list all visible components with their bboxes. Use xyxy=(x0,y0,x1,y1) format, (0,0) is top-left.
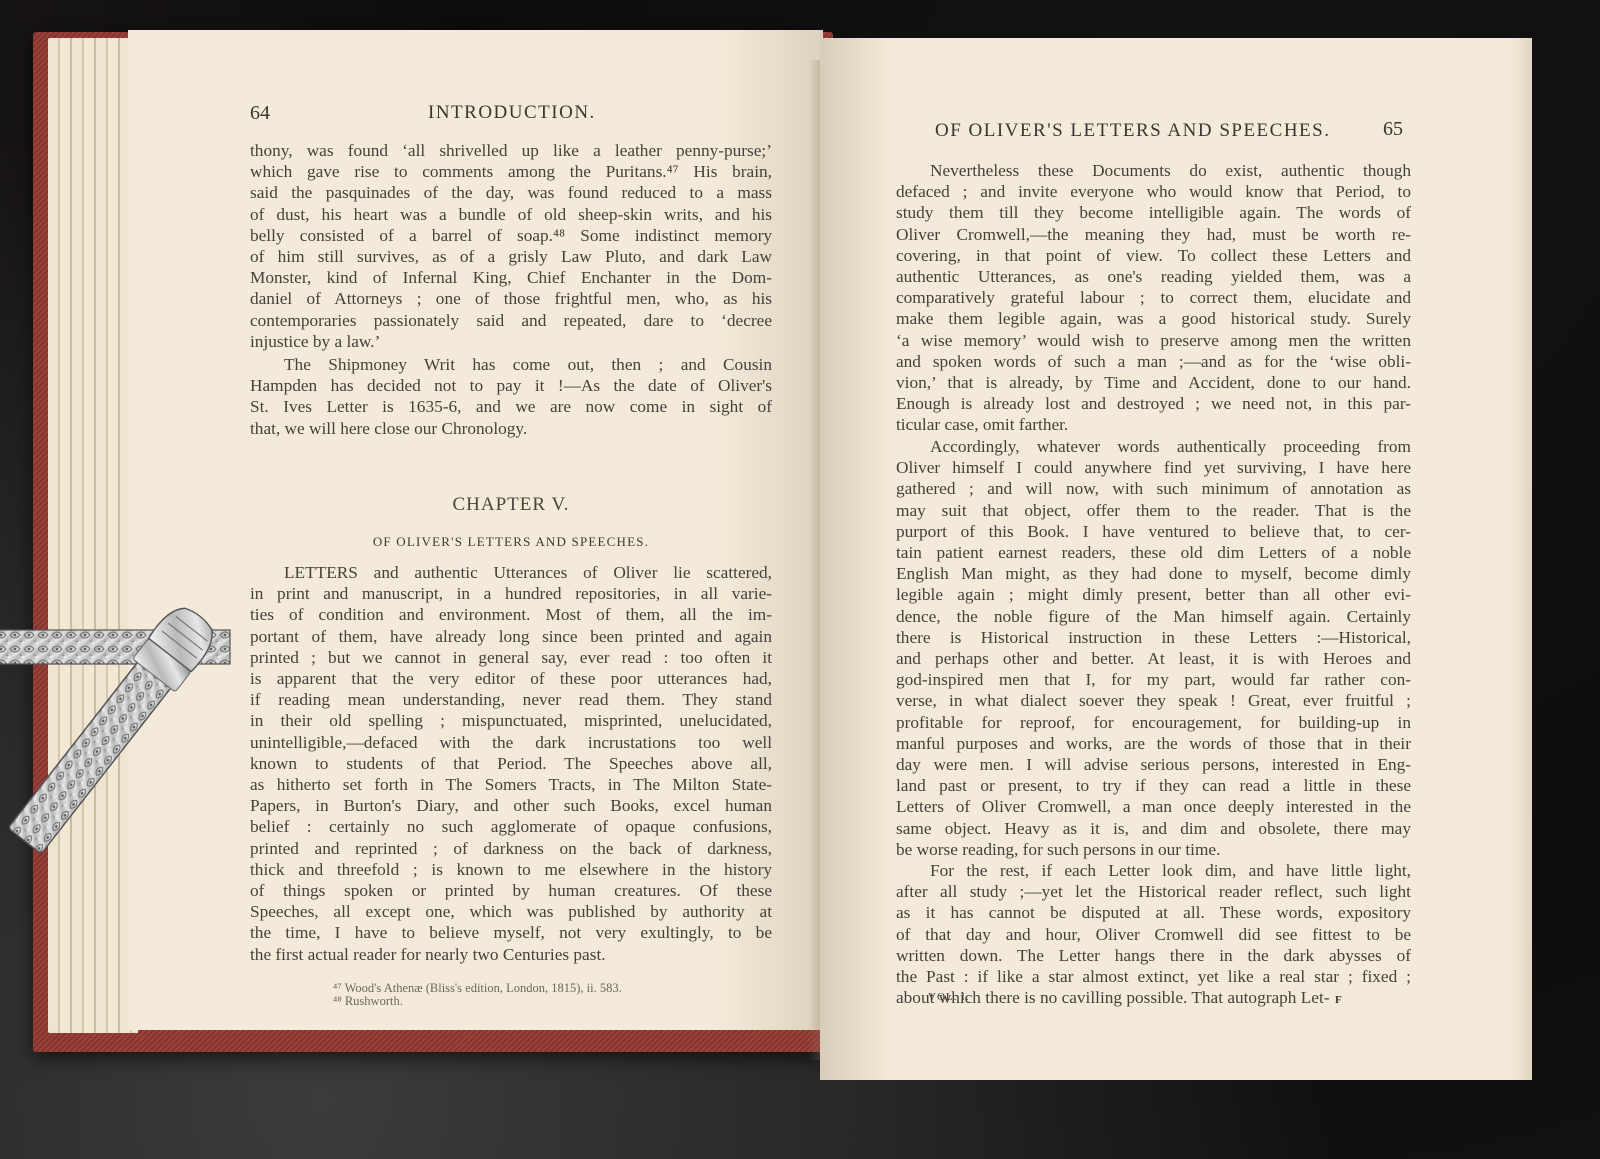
text-line: ticular case, omit farther. xyxy=(896,414,1411,435)
silver-hand-bookmark-clip[interactable] xyxy=(0,600,270,860)
text-line: as hitherto set forth in The Somers Trac… xyxy=(250,774,772,795)
text-line: thick and threefold ; is known to me els… xyxy=(250,859,772,880)
text-line: covering, in that point of view. To coll… xyxy=(896,245,1411,266)
text-line: the first actual reader for nearly two C… xyxy=(250,944,772,965)
text-line: be worse reading, for such persons in ou… xyxy=(896,839,1411,860)
paragraph: For the rest, if each Letter look dim, a… xyxy=(896,860,1411,1008)
text-line: comparatively grateful labour ; to corre… xyxy=(896,287,1411,308)
right-page: OF OLIVER'S LETTERS AND SPEECHES. 65 Nev… xyxy=(820,38,1532,1080)
text-line: contemporaries passionately said and rep… xyxy=(250,310,772,331)
text-line: gathered ; and will now, with such minim… xyxy=(896,478,1411,499)
text-line: legible again ; might dimly present, bet… xyxy=(896,584,1411,605)
text-line: LETTERS and authentic Utterances of Oliv… xyxy=(250,562,772,583)
text-line: daniel of Attorneys ; one of those frigh… xyxy=(250,288,772,309)
text-line: god-inspired men that I, for my part, wo… xyxy=(896,669,1411,690)
text-line: in their old spelling ; mispunctuated, m… xyxy=(250,710,772,731)
text-line: is apparent that the very editor of thes… xyxy=(250,668,772,689)
text-line: the Past : if like a star almost extinct… xyxy=(896,966,1411,987)
text-line: printed and reprinted ; of darkness on t… xyxy=(250,838,772,859)
paragraph: thony, was found ‘all shrivelled up like… xyxy=(250,140,772,352)
text-line: day were men. I will advise serious pers… xyxy=(896,754,1411,775)
text-line: defaced ; and invite everyone who would … xyxy=(896,181,1411,202)
text-line: and spoken words of such a man ;—and as … xyxy=(896,351,1411,372)
text-line: after all study ;—yet let the Historical… xyxy=(896,881,1411,902)
text-line: Oliver himself I could anywhere find yet… xyxy=(896,457,1411,478)
text-line: dence, the noble figure of the Man himse… xyxy=(896,606,1411,627)
chapter-title: CHAPTER V. xyxy=(250,494,772,516)
text-line: profitable for reproof, for encouragemen… xyxy=(896,712,1411,733)
text-line: make them legible again, was a good hist… xyxy=(896,308,1411,329)
text-line: land past or present, to try if they can… xyxy=(896,775,1411,796)
text-line: that, we will here close our Chronology. xyxy=(250,418,772,439)
text-line: verse, in what dialect soever they speak… xyxy=(896,690,1411,711)
text-line: of things spoken or printed by human cre… xyxy=(250,880,772,901)
text-line: manful purposes and works, are the words… xyxy=(896,733,1411,754)
text-line: English Man might, as they had done to m… xyxy=(896,563,1411,584)
text-line: of that day and hour, Oliver Cromwell di… xyxy=(896,924,1411,945)
text-line: Hampden has decided not to pay it !—As t… xyxy=(250,375,772,396)
text-line: Accordingly, whatever words authenticall… xyxy=(896,436,1411,457)
running-head: INTRODUCTION. xyxy=(428,102,596,124)
signature-mark: VOL. I. xyxy=(928,991,970,1003)
text-line: in print and manuscript, in a hundred re… xyxy=(250,583,772,604)
left-page: 64 INTRODUCTION. thony, was found ‘all s… xyxy=(128,30,823,1030)
text-line: may suit that object, offer them to the … xyxy=(896,500,1411,521)
text-line: Speeches, all except one, which was publ… xyxy=(250,901,772,922)
text-line: study them till they become intelligible… xyxy=(896,202,1411,223)
paragraph: The Shipmoney Writ has come out, then ; … xyxy=(250,354,772,439)
text-line: portant of them, have already long since… xyxy=(250,626,772,647)
text-line: printed ; but we cannot in general say, … xyxy=(250,647,772,668)
paragraph: Nevertheless these Documents do exist, a… xyxy=(896,160,1411,436)
text-line: which gave rise to comments among the Pu… xyxy=(250,161,772,182)
text-line: For the rest, if each Letter look dim, a… xyxy=(896,860,1411,881)
page-edges xyxy=(48,38,138,1033)
text-line: written down. The Letter hangs there in … xyxy=(896,945,1411,966)
paragraph: LETTERS and authentic Utterances of Oliv… xyxy=(250,562,772,965)
text-line: as it has cannot be disputed at all. The… xyxy=(896,902,1411,923)
signature-letter: F xyxy=(1335,994,1343,1006)
text-line: ties of condition and environment. Most … xyxy=(250,604,772,625)
text-line: purport of this Book. I have ventured to… xyxy=(896,521,1411,542)
text-line: unintelligible,—defaced with the dark in… xyxy=(250,732,772,753)
page-number: 64 xyxy=(250,102,270,125)
text-line: known to students of that Period. The Sp… xyxy=(250,753,772,774)
text-line: if reading mean understanding, never rea… xyxy=(250,689,772,710)
text-line: thony, was found ‘all shrivelled up like… xyxy=(250,140,772,161)
text-line: said the pasquinades of the day, was fou… xyxy=(250,182,772,203)
text-line: Nevertheless these Documents do exist, a… xyxy=(896,160,1411,181)
text-line: Oliver Cromwell,—the meaning they had, m… xyxy=(896,224,1411,245)
text-line: St. Ives Letter is 1635-6, and we are no… xyxy=(250,396,772,417)
text-line: of dust, his heart was a bundle of old s… xyxy=(250,204,772,225)
chapter-subtitle: OF OLIVER'S LETTERS AND SPEECHES. xyxy=(250,534,772,550)
text-line: the time, I have to believe myself, not … xyxy=(250,922,772,943)
footnote: ⁴⁸ Rushworth. xyxy=(333,995,622,1008)
text-line: belly consisted of a barrel of soap.⁴⁸ S… xyxy=(250,225,772,246)
text-line: Papers, in Burton's Diary, and other suc… xyxy=(250,795,772,816)
text-line: and perhaps other and better. At least, … xyxy=(896,648,1411,669)
paragraph: Accordingly, whatever words authenticall… xyxy=(896,436,1411,860)
text-line: same object. Heavy as it is, and dim and… xyxy=(896,818,1411,839)
text-line: ‘a wise memory’ would wish to preserve a… xyxy=(896,330,1411,351)
text-line: The Shipmoney Writ has come out, then ; … xyxy=(250,354,772,375)
text-line: of him still survives, as of a grisly La… xyxy=(250,246,772,267)
text-line: vion,’ that is already, by Time and Acci… xyxy=(896,372,1411,393)
text-line: Letters of Oliver Cromwell, a man once d… xyxy=(896,796,1411,817)
footnotes: ⁴⁷ Wood's Athenæ (Bliss's edition, Londo… xyxy=(333,982,622,1008)
page-number: 65 xyxy=(1383,118,1403,141)
text-line: about which there is no cavilling possib… xyxy=(896,987,1411,1008)
text-line: injustice by a law.’ xyxy=(250,331,772,352)
text-line: there is Historical instruction in these… xyxy=(896,627,1411,648)
text-line: belief : certainly no such agglomerate o… xyxy=(250,816,772,837)
running-head: OF OLIVER'S LETTERS AND SPEECHES. xyxy=(935,120,1330,142)
text-line: Enough is already lost and destroyed ; w… xyxy=(896,393,1411,414)
text-line: Monster, kind of Infernal King, Chief En… xyxy=(250,267,772,288)
text-line: tain patient earnest readers, these old … xyxy=(896,542,1411,563)
text-line: authentic Utterances, as one's reading y… xyxy=(896,266,1411,287)
